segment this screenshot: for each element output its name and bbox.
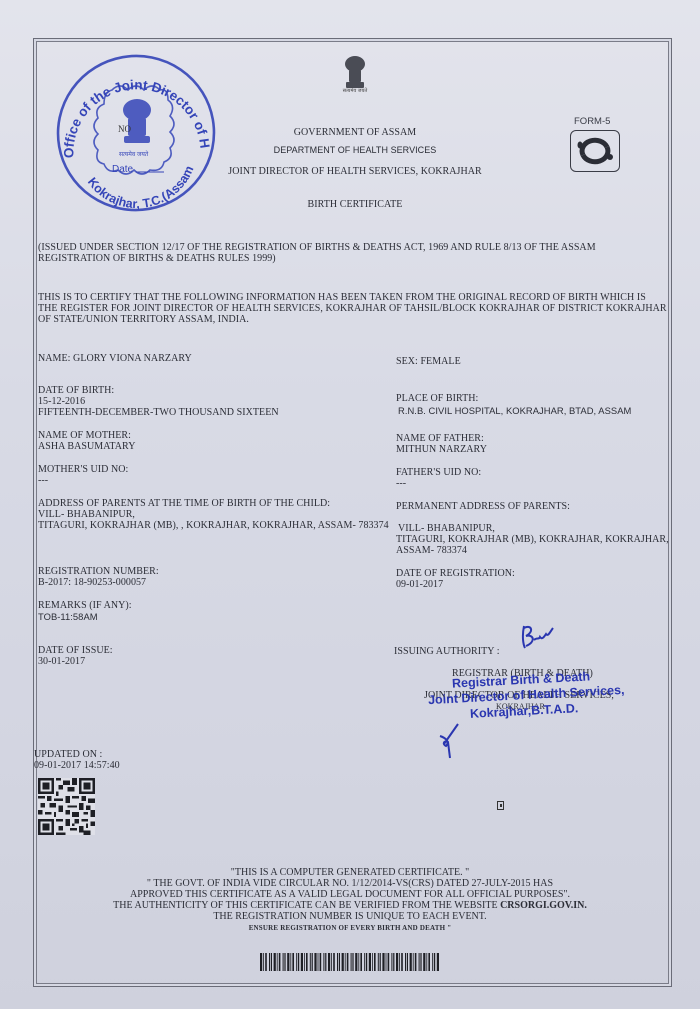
verification-website-link[interactable]: CRSORGI.GOV.IN. xyxy=(500,900,587,911)
permanent-address-line-2: TITAGURI, KOKRAJHAR (MB), KOKRAJHAR, KOK… xyxy=(396,534,669,546)
name-field: NAME: GLORY VIONA NARZARY xyxy=(38,353,192,365)
initials-signature xyxy=(436,720,466,760)
dob-words: FIFTEENTH-DECEMBER-TWO THOUSAND SIXTEEN xyxy=(38,407,279,419)
place-of-birth-value: R.N.B. CIVIL HOSPITAL, KOKRAJHAR, BTAD, … xyxy=(398,405,631,417)
registrar-signature xyxy=(518,622,558,652)
sex-value: FEMALE xyxy=(420,356,460,367)
name-value: GLORY VIONA NARZARY xyxy=(73,353,192,364)
footer-verify-text: THE AUTHENTICITY OF THIS CERTIFICATE CAN… xyxy=(113,900,500,911)
footer-line-4: THE AUTHENTICITY OF THIS CERTIFICATE CAN… xyxy=(90,900,610,912)
stamp-emblem-caption: सत्यमेव जयते xyxy=(119,150,149,158)
government-heading: GOVERNMENT OF ASSAM xyxy=(220,127,490,139)
footer-line-2: " THE GOVT. OF INDIA VIDE CIRCULAR NO. 1… xyxy=(90,878,610,890)
footer-line-6: ENSURE REGISTRATION OF EVERY BIRTH AND D… xyxy=(90,923,610,935)
issued-under-line-1: (ISSUED UNDER SECTION 12/17 OF THE REGIS… xyxy=(38,242,596,254)
registration-number-label: REGISTRATION NUMBER: xyxy=(38,566,159,578)
office-seal-stamp: Office of the Joint Director of Health S… xyxy=(52,52,217,214)
updated-on-label: UPDATED ON : xyxy=(34,749,102,761)
footer-line-1: "THIS IS A COMPUTER GENERATED CERTIFICAT… xyxy=(90,867,610,879)
emblem-motto: सत्यमेव जयते xyxy=(330,88,380,94)
office-heading: JOINT DIRECTOR OF HEALTH SERVICES, KOKRA… xyxy=(220,166,490,178)
mother-name-label: NAME OF MOTHER: xyxy=(38,430,131,442)
father-uid-label: FATHER'S UID NO: xyxy=(396,467,481,479)
permanent-address-label: PERMANENT ADDRESS OF PARENTS: xyxy=(396,501,570,513)
permanent-address-line-3: ASSAM- 783374 xyxy=(396,545,467,557)
place-of-birth-label: PLACE OF BIRTH: xyxy=(396,393,478,405)
barcode xyxy=(260,953,440,971)
certify-line-3: OF STATE/UNION TERRITORY ASSAM, INDIA. xyxy=(38,314,249,326)
father-name-label: NAME OF FATHER: xyxy=(396,433,484,445)
address-at-birth-label: ADDRESS OF PARENTS AT THE TIME OF BIRTH … xyxy=(38,498,330,510)
department-heading: DEPARTMENT OF HEALTH SERVICES xyxy=(220,145,490,157)
certify-line-2: THE REGISTER FOR JOINT DIRECTOR OF HEALT… xyxy=(38,303,667,315)
certificate-title: BIRTH CERTIFICATE xyxy=(220,199,490,211)
stamp-date-label: Date xyxy=(112,164,134,175)
stamp-no-label: NO xyxy=(118,124,131,134)
issuing-authority-label: ISSUING AUTHORITY : xyxy=(394,646,500,658)
remarks-label: REMARKS (IF ANY): xyxy=(38,600,132,612)
mother-name-value: ASHA BASUMATARY xyxy=(38,441,135,453)
date-of-issue-value: 30-01-2017 xyxy=(38,656,85,668)
small-square-mark-icon xyxy=(497,801,504,810)
qr-code xyxy=(38,778,95,835)
date-of-registration-value: 09-01-2017 xyxy=(396,579,443,591)
registration-number-value: B-2017: 18-90253-000057 xyxy=(38,577,146,589)
dob-label: DATE OF BIRTH: xyxy=(38,385,114,397)
sex-field: SEX: FEMALE xyxy=(396,356,461,368)
certify-line-1: THIS IS TO CERTIFY THAT THE FOLLOWING IN… xyxy=(38,292,646,304)
date-of-issue-label: DATE OF ISSUE: xyxy=(38,645,113,657)
crs-logo-icon xyxy=(570,130,620,172)
permanent-address-line-1: VILL- BHABANIPUR, xyxy=(398,523,495,535)
date-of-registration-label: DATE OF REGISTRATION: xyxy=(396,568,515,580)
updated-on-value: 09-01-2017 14:57:40 xyxy=(34,760,120,772)
remarks-value: TOB-11:58AM xyxy=(38,611,98,623)
footer-line-5: THE REGISTRATION NUMBER IS UNIQUE TO EAC… xyxy=(90,911,610,923)
name-label: NAME: xyxy=(38,353,70,364)
address-at-birth-line-2: TITAGURI, KOKRAJHAR (MB), , KOKRAJHAR, K… xyxy=(38,520,389,532)
issued-under-line-2: REGISTRATION OF BIRTHS & DEATHS RULES 19… xyxy=(38,253,276,265)
dob-value: 15-12-2016 xyxy=(38,396,85,408)
footer-line-3: APPROVED THIS CERTIFICATE AS A VALID LEG… xyxy=(90,889,610,901)
mother-uid-value: --- xyxy=(38,475,48,487)
sex-label: SEX: xyxy=(396,356,418,367)
father-name-value: MITHUN NARZARY xyxy=(396,444,487,456)
national-emblem-icon xyxy=(123,99,151,143)
mother-uid-label: MOTHER'S UID NO: xyxy=(38,464,128,476)
address-at-birth-line-1: VILL- BHABANIPUR, xyxy=(38,509,135,521)
form-number: FORM-5 xyxy=(574,116,610,127)
father-uid-value: --- xyxy=(396,478,406,490)
